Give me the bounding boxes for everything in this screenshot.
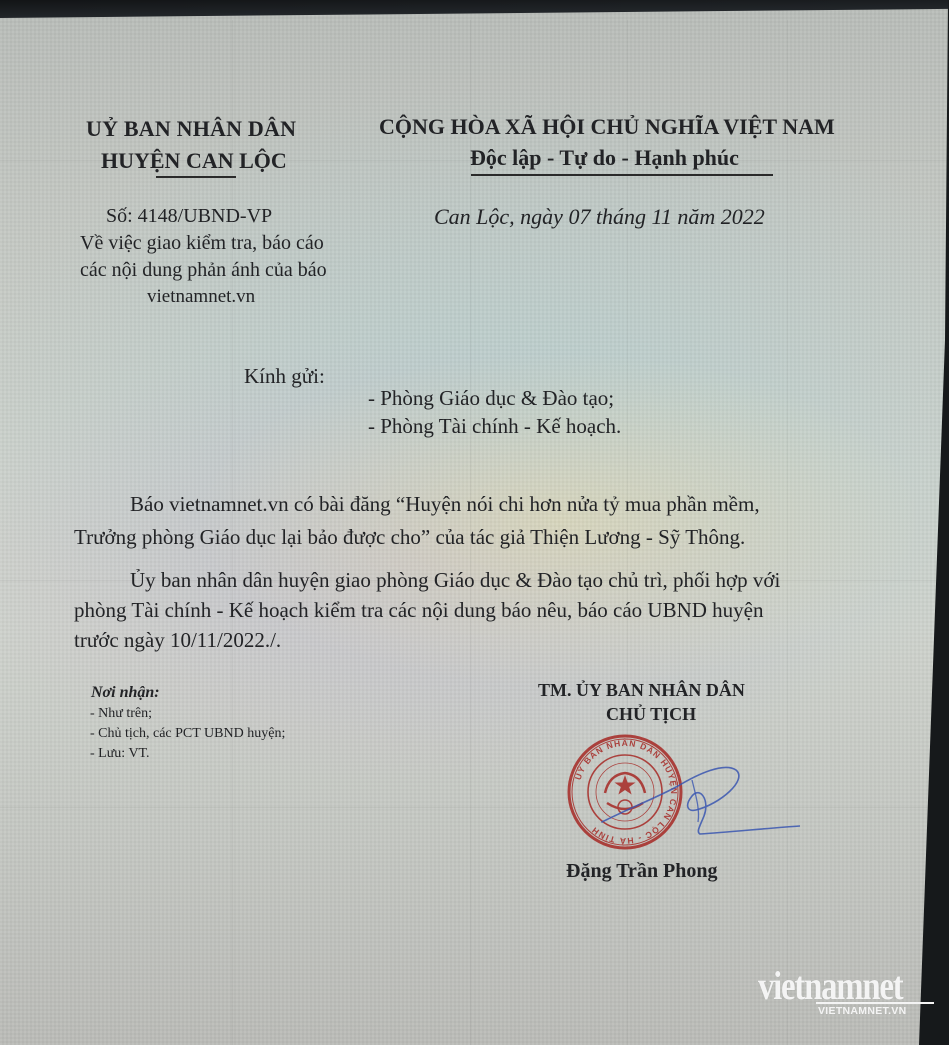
greeting: Kính gửi: [244,364,325,389]
body-paragraph-line: Ủy ban nhân dân huyện giao phòng Giáo dụ… [130,568,780,593]
receiver-item: - Chủ tịch, các PCT UBND huyện; [90,726,285,742]
recipient: - Phòng Tài chính - Kế hoạch. [368,414,621,439]
fold-line [0,807,949,808]
body-paragraph-line: trước ngày 10/11/2022./. [74,628,281,653]
place-date: Can Lộc, ngày 07 tháng 11 năm 2022 [434,204,765,230]
document-photo: UỶ BAN NHÂN DÂN HUYỆN CAN LỘC CỘNG HÒA X… [0,0,949,1045]
subject-line: các nội dung phản ánh của báo [80,259,327,282]
agency-name-line1: UỶ BAN NHÂN DÂN [86,116,296,142]
body-paragraph-line: phòng Tài chính - Kế hoạch kiểm tra các … [74,598,764,623]
body-paragraph-line: Trưởng phòng Giáo dục lại bảo được cho” … [74,525,745,550]
signature-authority: TM. ỦY BAN NHÂN DÂN [538,680,745,701]
nation-motto: Độc lập - Tự do - Hạnh phúc [470,145,739,171]
fold-line [787,20,788,1045]
signature-title: CHỦ TỊCH [606,704,696,725]
watermark-rule [816,1002,934,1004]
watermark-url: VIETNAMNET.VN [818,1005,907,1017]
receivers-title: Nơi nhận: [91,684,160,702]
nation-title: CỘNG HÒA XÃ HỘI CHỦ NGHĨA VIỆT NAM [379,114,835,140]
subject-line: vietnamnet.vn [147,286,255,308]
recipient: - Phòng Giáo dục & Đào tạo; [368,386,614,411]
vietnamnet-watermark: vietnamnet VIETNAMNET.VN [758,962,938,1022]
agency-name-line2: HUYỆN CAN LỘC [101,148,287,174]
subject-line: Về việc giao kiểm tra, báo cáo [80,232,324,255]
document-number: Số: 4148/UBND-VP [106,205,272,228]
body-paragraph-line: Báo vietnamnet.vn có bài đăng “Huyện nói… [130,492,760,517]
agency-underline [156,176,236,178]
signer-name: Đặng Trần Phong [566,860,718,883]
motto-underline [471,174,773,176]
handwritten-signature-icon [600,760,800,840]
receiver-item: - Như trên; [90,706,152,722]
receiver-item: - Lưu: VT. [90,746,150,762]
